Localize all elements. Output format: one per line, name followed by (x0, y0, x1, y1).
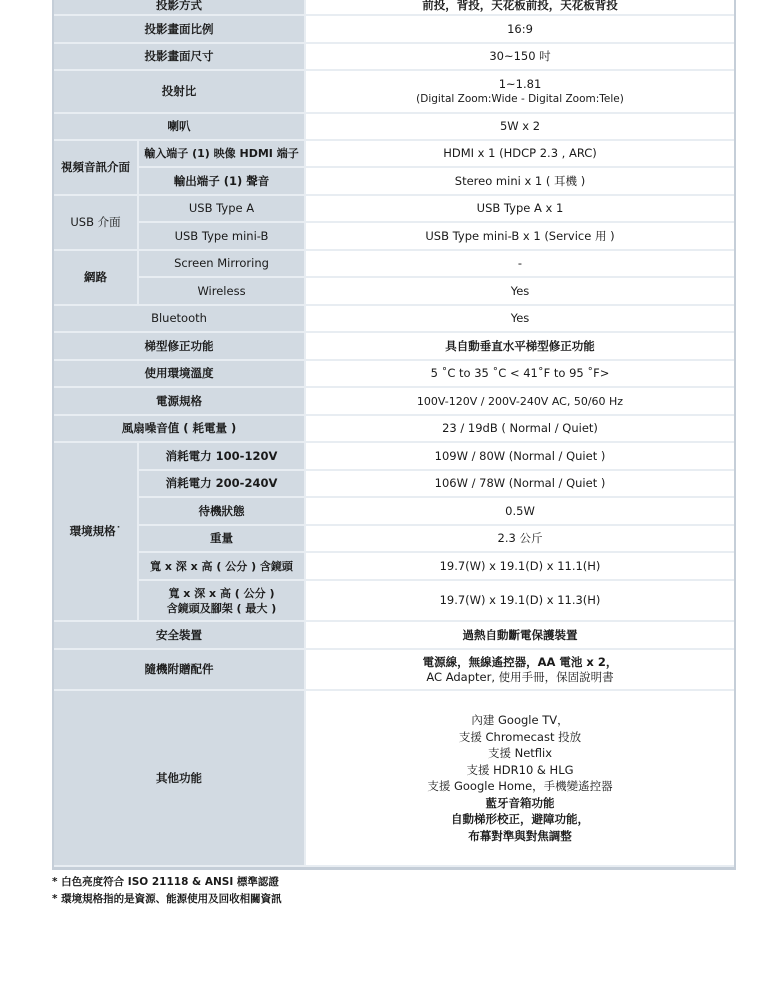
footnote-brightness: * 白色亮度符合 ISO 21118 & ANSI 標準認證 (52, 874, 282, 891)
table-row: 其他功能 內建 Google TV， 支援 Chromecast 投放 支援 N… (54, 691, 734, 867)
table-row: 投影方式 前投，背投，天花板前投，天花板背投 (54, 0, 734, 16)
table-row: USB Type mini-B USB Type mini-B x 1 (Ser… (54, 223, 734, 251)
row-value-bluetooth: Yes (306, 306, 734, 333)
row-label-usb-mini-b: USB Type mini-B (139, 223, 306, 251)
table-row: 風扇噪音值 ( 耗電量 ) 23 / 19dB ( Normal / Quiet… (54, 416, 734, 443)
row-label-power-200-240v: 消耗電力 200-240V (139, 471, 306, 498)
table-row: 輸出端子 (1) 聲音 Stereo mini x 1 ( 耳機 ) (54, 168, 734, 196)
throw-ratio-note: (Digital Zoom:Wide - Digital Zoom:Tele) (310, 92, 730, 107)
row-label-hdmi-input: 輸入端子 (1) 映像 HDMI 端子 (139, 141, 306, 168)
table-row: 電源規格 100V-120V / 200V-240V AC, 50/60 Hz (54, 388, 734, 416)
table-row: 視頻音訊介面 輸入端子 (1) 映像 HDMI 端子 HDMI x 1 (HDC… (54, 141, 734, 168)
row-label-power-100-120v: 消耗電力 100-120V (139, 443, 306, 471)
row-value-usb-type-a: USB Type A x 1 (306, 196, 734, 223)
table-row: 投影畫面比例 16:9 (54, 16, 734, 44)
feature-line: 支援 Netflix (310, 745, 730, 762)
group-label-av-interface: 視頻音訊介面 (54, 141, 139, 196)
spec-table: 投影方式 前投，背投，天花板前投，天花板背投 投影畫面比例 16:9 投影畫面尺… (52, 0, 736, 870)
row-value-power-200-240v: 106W / 78W (Normal / Quiet ) (306, 471, 734, 498)
row-value-fan-noise: 23 / 19dB ( Normal / Quiet) (306, 416, 734, 443)
dimensions-label-line2: 含鏡頭及腳架 ( 最大 ) (143, 601, 300, 616)
row-value-aspect-ratio: 16:9 (306, 16, 734, 44)
feature-line: 支援 HDR10 & HLG (310, 762, 730, 779)
table-row: 隨機附贈配件 電源線，無線遙控器，AA 電池 x 2， AC Adapter, … (54, 650, 734, 691)
group-label-usb-interface: USB 介面 (54, 196, 139, 251)
row-value-projection-method: 前投，背投，天花板前投，天花板背投 (306, 0, 734, 16)
row-value-keystone: 具自動垂直水平梯型修正功能 (306, 333, 734, 361)
row-label-bluetooth: Bluetooth (54, 306, 306, 333)
feature-line: 內建 Google TV， (310, 712, 730, 729)
throw-ratio-range: 1~1.81 (310, 77, 730, 92)
table-row: 投射比 1~1.81 (Digital Zoom:Wide - Digital … (54, 71, 734, 114)
row-value-audio-output: Stereo mini x 1 ( 耳機 ) (306, 168, 734, 196)
row-value-throw-ratio: 1~1.81 (Digital Zoom:Wide - Digital Zoom… (306, 71, 734, 114)
row-value-wireless: Yes (306, 278, 734, 306)
group-label-network: 網路 (54, 251, 139, 306)
table-row: 投影畫面尺寸 30~150 吋 (54, 44, 734, 71)
row-value-screen-size: 30~150 吋 (306, 44, 734, 71)
row-value-standby: 0.5W (306, 498, 734, 526)
row-value-speaker: 5W x 2 (306, 114, 734, 141)
row-label-standby: 待機狀態 (139, 498, 306, 526)
row-value-dimensions-with-stand: 19.7(W) x 19.1(D) x 11.3(H) (306, 581, 734, 622)
row-label-safety: 安全裝置 (54, 622, 306, 650)
row-label-aspect-ratio: 投影畫面比例 (54, 16, 306, 44)
group-label-environment: 環境規格˙ (54, 443, 139, 622)
row-label-screen-mirroring: Screen Mirroring (139, 251, 306, 278)
row-label-temperature: 使用環境溫度 (54, 361, 306, 388)
dimensions-label-line1: 寬 x 深 x 高 ( 公分 ) (143, 586, 300, 601)
table-row: Wireless Yes (54, 278, 734, 306)
feature-line: 布幕對準與對焦調整 (310, 828, 730, 845)
row-label-weight: 重量 (139, 526, 306, 553)
row-value-safety: 過熱自動斷電保護裝置 (306, 622, 734, 650)
table-row: 使用環境溫度 5 ˚C to 35 ˚C < 41˚F to 95 ˚F> (54, 361, 734, 388)
row-value-weight: 2.3 公斤 (306, 526, 734, 553)
row-label-audio-output: 輸出端子 (1) 聲音 (139, 168, 306, 196)
table-row: 寬 x 深 x 高 ( 公分 ) 含鏡頭 19.7(W) x 19.1(D) x… (54, 553, 734, 581)
row-value-temperature: 5 ˚C to 35 ˚C < 41˚F to 95 ˚F> (306, 361, 734, 388)
table-row: 安全裝置 過熱自動斷電保護裝置 (54, 622, 734, 650)
row-value-power-100-120v: 109W / 80W (Normal / Quiet ) (306, 443, 734, 471)
row-value-dimensions-with-lens: 19.7(W) x 19.1(D) x 11.1(H) (306, 553, 734, 581)
row-value-usb-mini-b: USB Type mini-B x 1 (Service 用 ) (306, 223, 734, 251)
table-row: 寬 x 深 x 高 ( 公分 ) 含鏡頭及腳架 ( 最大 ) 19.7(W) x… (54, 581, 734, 622)
row-value-power-spec: 100V-120V / 200V-240V AC, 50/60 Hz (306, 388, 734, 416)
table-row: 網路 Screen Mirroring - (54, 251, 734, 278)
table-row: 重量 2.3 公斤 (54, 526, 734, 553)
table-row: Bluetooth Yes (54, 306, 734, 333)
row-label-dimensions-with-lens: 寬 x 深 x 高 ( 公分 ) 含鏡頭 (139, 553, 306, 581)
accessories-line2: AC Adapter, 使用手冊，保固說明書 (310, 670, 730, 685)
row-label-speaker: 喇叭 (54, 114, 306, 141)
row-value-other-features: 內建 Google TV， 支援 Chromecast 投放 支援 Netfli… (306, 691, 734, 867)
footnotes: * 白色亮度符合 ISO 21118 & ANSI 標準認證 * 環境規格指的是… (52, 874, 282, 908)
row-value-screen-mirroring: - (306, 251, 734, 278)
row-label-throw-ratio: 投射比 (54, 71, 306, 114)
feature-line: 自動梯形校正，避障功能， (310, 811, 730, 828)
row-label-fan-noise: 風扇噪音值 ( 耗電量 ) (54, 416, 306, 443)
row-label-keystone: 梯型修正功能 (54, 333, 306, 361)
row-value-accessories: 電源線，無線遙控器，AA 電池 x 2， AC Adapter, 使用手冊，保固… (306, 650, 734, 691)
table-row: 消耗電力 200-240V 106W / 78W (Normal / Quiet… (54, 471, 734, 498)
footnote-environment: * 環境規格指的是資源、能源使用及回收相關資訊 (52, 891, 282, 908)
table-row: USB 介面 USB Type A USB Type A x 1 (54, 196, 734, 223)
row-label-other-features: 其他功能 (54, 691, 306, 867)
row-label-projection-method: 投影方式 (54, 0, 306, 16)
feature-line: 藍牙音箱功能 (310, 795, 730, 812)
table-row: 待機狀態 0.5W (54, 498, 734, 526)
table-row: 環境規格˙ 消耗電力 100-120V 109W / 80W (Normal /… (54, 443, 734, 471)
table-row: 喇叭 5W x 2 (54, 114, 734, 141)
row-label-usb-type-a: USB Type A (139, 196, 306, 223)
feature-line: 支援 Chromecast 投放 (310, 729, 730, 746)
accessories-line1: 電源線，無線遙控器，AA 電池 x 2， (310, 655, 730, 670)
row-label-dimensions-with-stand: 寬 x 深 x 高 ( 公分 ) 含鏡頭及腳架 ( 最大 ) (139, 581, 306, 622)
row-label-power-spec: 電源規格 (54, 388, 306, 416)
row-label-screen-size: 投影畫面尺寸 (54, 44, 306, 71)
row-label-wireless: Wireless (139, 278, 306, 306)
row-label-accessories: 隨機附贈配件 (54, 650, 306, 691)
feature-line: 支援 Google Home，手機變遙控器 (310, 778, 730, 795)
table-row: 梯型修正功能 具自動垂直水平梯型修正功能 (54, 333, 734, 361)
row-value-hdmi-input: HDMI x 1 (HDCP 2.3 , ARC) (306, 141, 734, 168)
